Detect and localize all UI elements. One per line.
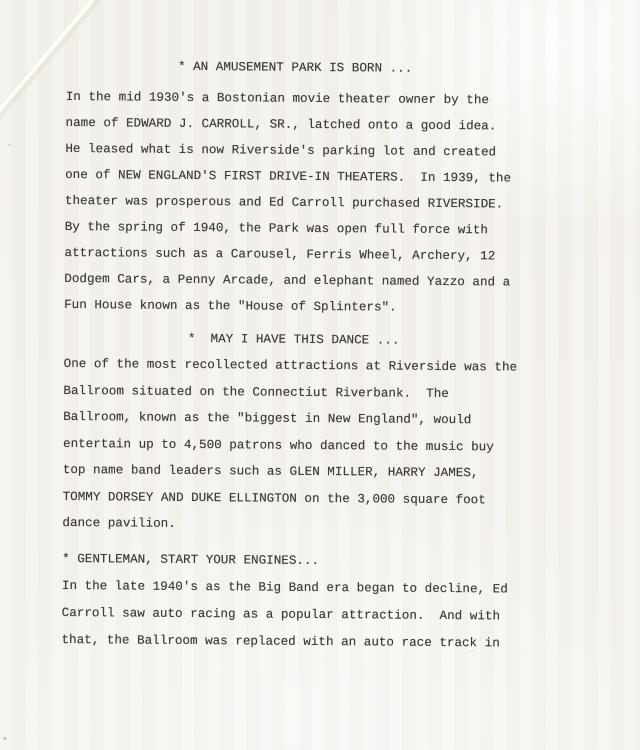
document-line: theater was prosperous and Ed Carroll pu… [65,188,511,218]
document-line: one of NEW ENGLAND'S FIRST DRIVE-IN THEA… [65,162,511,192]
section-heading-start-your-engines: * GENTLEMAN, START YOUR ENGINES... [62,546,319,574]
paragraph-park-born: In the mid 1930's a Bostonian movie thea… [64,84,512,321]
document-line: dance pavilion. [62,510,516,540]
document-line: entertain up to 4,500 patrons who danced… [63,430,517,460]
section-heading-amusement-park-is-born: * AN AMUSEMENT PARK IS BORN ... [178,54,412,82]
paragraph-auto-racing: In the late 1940's as the Big Band era b… [61,573,508,657]
document-line: In the mid 1930's a Bostonian movie thea… [66,84,512,114]
document-text-layer: * AN AMUSEMENT PARK IS BORN ... In the m… [0,0,640,750]
document-line: that, the Ballroom was replaced with an … [61,627,507,658]
paragraph-ballroom: One of the most recollected attractions … [62,351,517,540]
scanned-document-page: * AN AMUSEMENT PARK IS BORN ... In the m… [0,0,640,750]
document-line: Fun House known as the "House of Splinte… [64,292,510,322]
document-line: Ballroom, known as the "biggest in New E… [63,404,517,434]
document-line: Carroll saw auto racing as a popular att… [62,600,508,631]
section-heading-may-i-have-this-dance: * MAY I HAVE THIS DANCE ... [188,326,400,354]
document-line: Ballroom situated on the Connectiut Rive… [63,377,517,407]
document-line: Dodgem Cars, a Penny Arcade, and elephan… [64,266,510,296]
document-line: He leased what is now Riverside's parkin… [65,136,511,166]
document-line: attractions such as a Carousel, Ferris W… [64,240,510,270]
document-line: TOMMY DORSEY AND DUKE ELLINGTON on the 3… [63,483,517,513]
document-line: One of the most recollected attractions … [64,351,518,381]
document-line: name of EDWARD J. CARROLL, SR., latched … [65,110,511,140]
document-line: In the late 1940's as the Big Band era b… [62,573,508,604]
document-line: top name band leaders such as GLEN MILLE… [63,457,517,487]
document-line: By the spring of 1940, the Park was open… [65,214,511,244]
